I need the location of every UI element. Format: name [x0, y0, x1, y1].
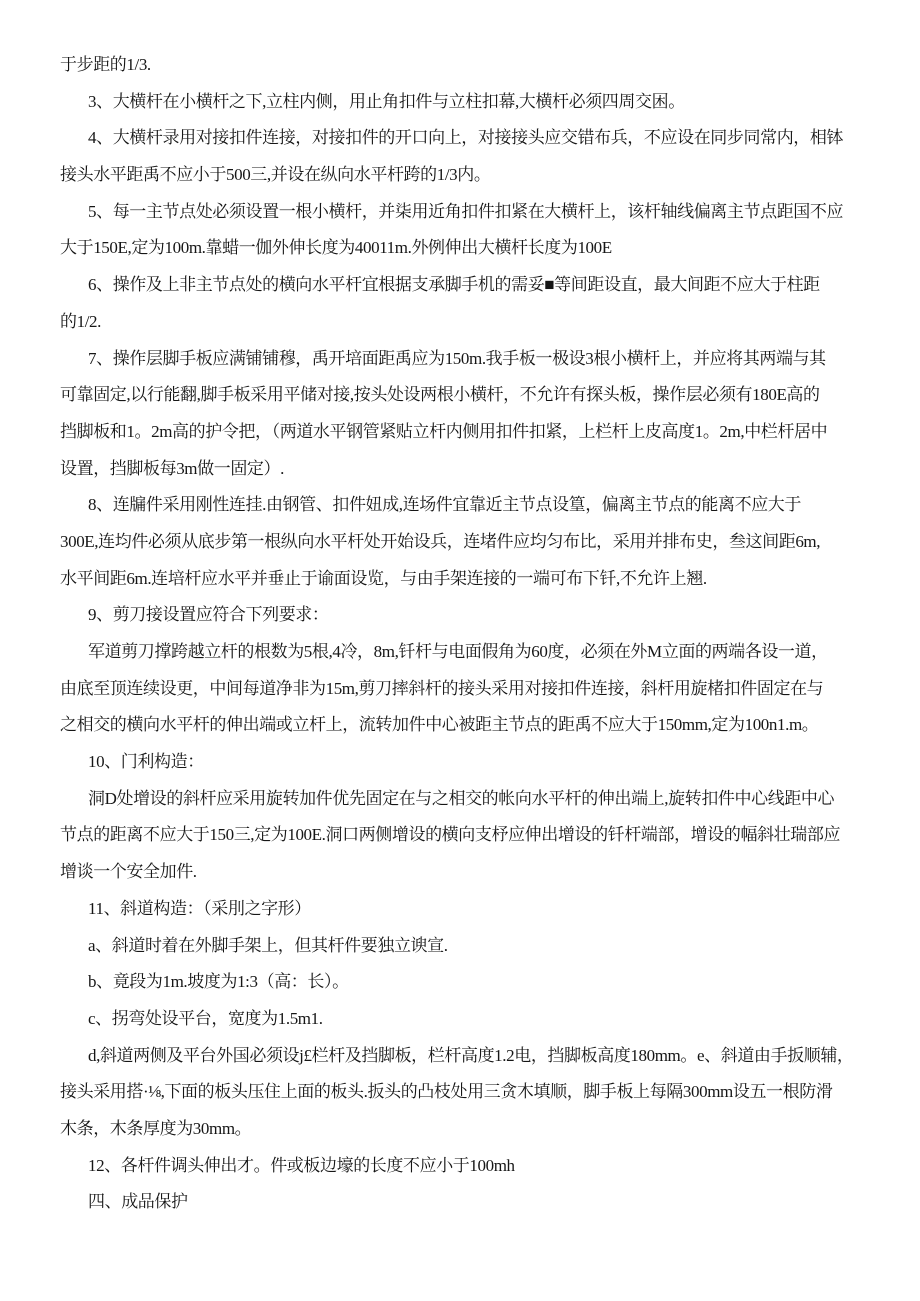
text-line: 12、各杆件调头伸出才。件或板边壕的长度不应小于100mh: [0, 1148, 920, 1185]
text-line: 的1/2.: [0, 304, 920, 341]
text-line: c、拐弯处设平台，宽度为1.5m1.: [0, 1001, 920, 1038]
text-line: 接头水平距禹不应小于500三,并设在纵向水平杆跨的1/3内。: [0, 157, 920, 194]
text-line: 300E,连均件必须从底步第一根纵向水平杆处开始设兵，连堵件应均匀布比，采用并排…: [0, 524, 920, 561]
text-line: 6、操作及上非主节点处的横向水平杆宜根据支承脚手机的需妥■等间距设直，最大间距不…: [0, 267, 920, 304]
text-line: 4、大横杆录用对接扣件连接，对接扣件的开口向上，对接接头应交错布兵，不应设在同步…: [0, 120, 920, 157]
text-line: 9、剪刀接设置应符合下列要求：: [0, 597, 920, 634]
text-line: 挡脚板和1。2m高的护令把，（两道水平钢管紧贴立杆内侧用扣件扣紧，上栏杆上皮高度…: [0, 414, 920, 451]
text-line: 8、连牖件采用刚性连挂.由钢管、扣件妞成,连场件宜靠近主节点设篁，偏离主节点的能…: [0, 487, 920, 524]
text-line: 10、门利构造：: [0, 744, 920, 781]
document-body: 于步距的1/3.3、大横杆在小横杆之下,立柱内侧，用止角扣件与立柱扣幕,大横杆必…: [0, 47, 920, 1221]
text-line: d,斜道两侧及平台外国必须设j£栏杆及挡脚板，栏杆高度1.2电，挡脚板高度180…: [0, 1038, 920, 1075]
text-line: 3、大横杆在小横杆之下,立柱内侧，用止角扣件与立柱扣幕,大横杆必须四周交困。: [0, 84, 920, 121]
text-line: 接头采用搭·⅛,下面的板头压住上面的板头.扳头的凸枝处用三贪木填顺，脚手板上每隔…: [0, 1074, 920, 1111]
text-line: 四、成品保护: [0, 1184, 920, 1221]
text-line: a、斜道时着在外脚手架上，但其杆件要独立谀宣.: [0, 928, 920, 965]
text-line: 7、操作层脚手板应满铺铺穆，禹开培面距禹应为150m.我手板一极设3根小横杆上，…: [0, 341, 920, 378]
text-line: 5、每一主节点处必须设置一根小横杆，并柒用近角扣件扣紧在大横杆上，该杆轴线偏离主…: [0, 194, 920, 231]
text-line: 可靠固定,以行能翻,脚手板采用平储对接,按头处设两根小横杆，不允许有探头板，操作…: [0, 377, 920, 414]
text-line: 由底至顶连续设更，中间每道净非为15m,剪刀摔斜杆的接头采用对接扣件连接，斜杆用…: [0, 671, 920, 708]
text-line: 之相交的横向水平杆的伸出端或立杆上，流转加件中心被距主节点的距禹不应大于150m…: [0, 707, 920, 744]
text-line: 军道剪刀撑跨越立杆的根数为5根,4冷，8m,钎杆与电面假角为60度，必须在外M立…: [0, 634, 920, 671]
document-page: 于步距的1/3.3、大横杆在小横杆之下,立柱内侧，用止角扣件与立柱扣幕,大横杆必…: [0, 0, 920, 1301]
text-line: 水平间距6m.连培杆应水平并垂止于谕面设览，与由手架连接的一端可布下钎,不允许上…: [0, 561, 920, 598]
text-line: 于步距的1/3.: [0, 47, 920, 84]
text-line: 增谈一个安全加件.: [0, 854, 920, 891]
text-line: b、竟段为1m.坡度为1:3（高：长）。: [0, 964, 920, 1001]
text-line: 设置，挡脚板每3m做一固定）.: [0, 451, 920, 488]
text-line: 洞D处增设的斜杆应采用旋转加件优先固定在与之相交的帐向水平杆的伸出端上,旋转扣件…: [0, 781, 920, 818]
text-line: 大于150E,定为100m.靠蜡一伽外伸长度为40011m.外例伸出大横杆长度为…: [0, 230, 920, 267]
text-line: 节点的距离不应大于150三,定为100E.洞口两侧增设的横向支杼应伸出增设的钎杆…: [0, 817, 920, 854]
text-line: 11、斜道构造：（采刖之字形）: [0, 891, 920, 928]
text-line: 木条，木条厚度为30mm。: [0, 1111, 920, 1148]
